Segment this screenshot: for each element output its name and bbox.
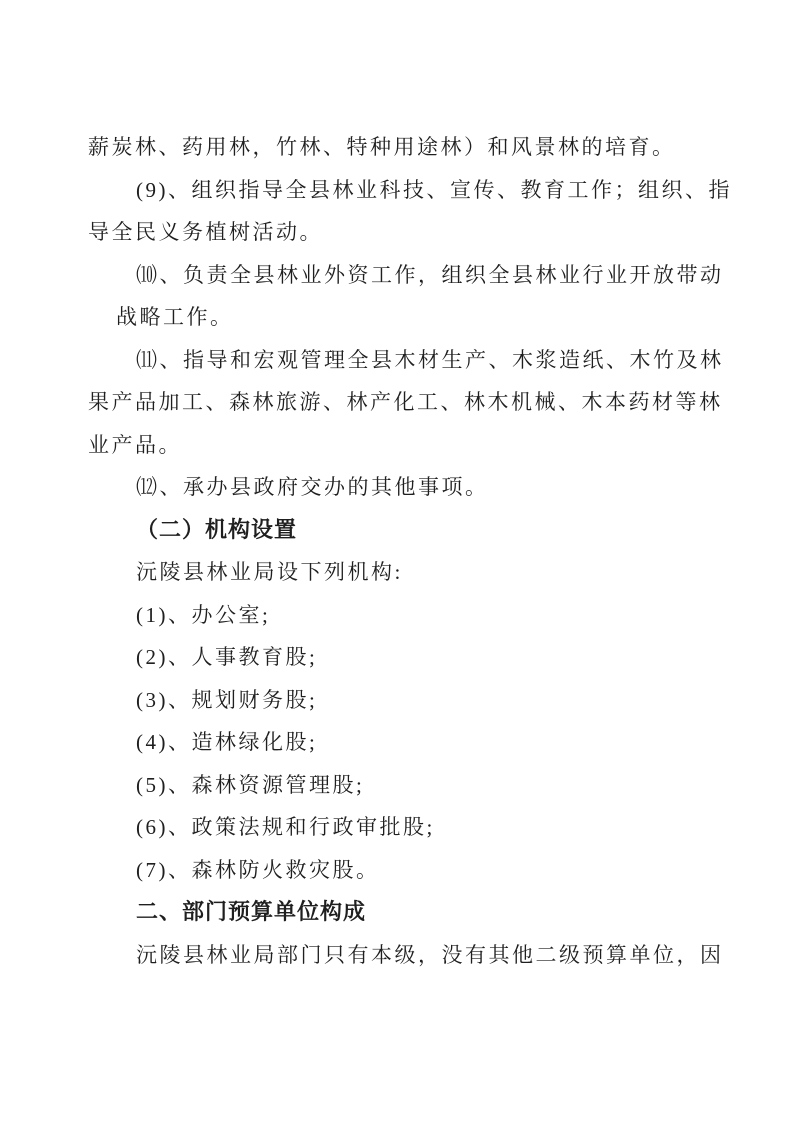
duty-item-10-wrap-line: 战略工作。 xyxy=(88,296,713,339)
section-heading-organization: （二）机构设置 xyxy=(88,509,713,552)
duty-item-9: (9)、组织指导全县林业科技、宣传、教育工作；组织、指 xyxy=(88,169,713,212)
org-item-6: (6)、政策法规和行政审批股; xyxy=(88,806,713,849)
organization-intro-line: 沅陵县林业局设下列机构: xyxy=(88,551,713,594)
paragraph-wrap-line: 薪炭林、药用林，竹林、特种用途林）和风景林的培育。 xyxy=(88,126,713,169)
document-content: 薪炭林、药用林，竹林、特种用途林）和风景林的培育。 (9)、组织指导全县林业科技… xyxy=(88,126,713,976)
budget-units-paragraph-line: 沅陵县林业局部门只有本级，没有其他二级预算单位，因 xyxy=(88,934,713,977)
duty-item-11: ⑾、指导和宏观管理全县木材生产、木浆造纸、木竹及林 xyxy=(88,339,713,382)
duty-item-9-wrap-line: 导全民义务植树活动。 xyxy=(88,211,713,254)
section-heading-budget-units: 二、部门预算单位构成 xyxy=(88,891,713,934)
org-item-7: (7)、森林防火救灾股。 xyxy=(88,849,713,892)
duty-item-11-wrap-line-2: 业产品。 xyxy=(88,424,713,467)
duty-item-11-wrap-line-1: 果产品加工、森林旅游、林产化工、林木机械、木本药材等林 xyxy=(88,381,713,424)
org-item-2: (2)、人事教育股; xyxy=(88,636,713,679)
org-item-3: (3)、规划财务股; xyxy=(88,679,713,722)
duty-item-12: ⑿、承办县政府交办的其他事项。 xyxy=(88,466,713,509)
org-item-1: (1)、办公室; xyxy=(88,594,713,637)
org-item-5: (5)、森林资源管理股; xyxy=(88,764,713,807)
org-item-4: (4)、造林绿化股; xyxy=(88,721,713,764)
document-page: 薪炭林、药用林，竹林、特种用途林）和风景林的培育。 (9)、组织指导全县林业科技… xyxy=(0,0,793,1122)
duty-item-10: ⑽、负责全县林业外资工作，组织全县林业行业开放带动 xyxy=(88,254,713,297)
